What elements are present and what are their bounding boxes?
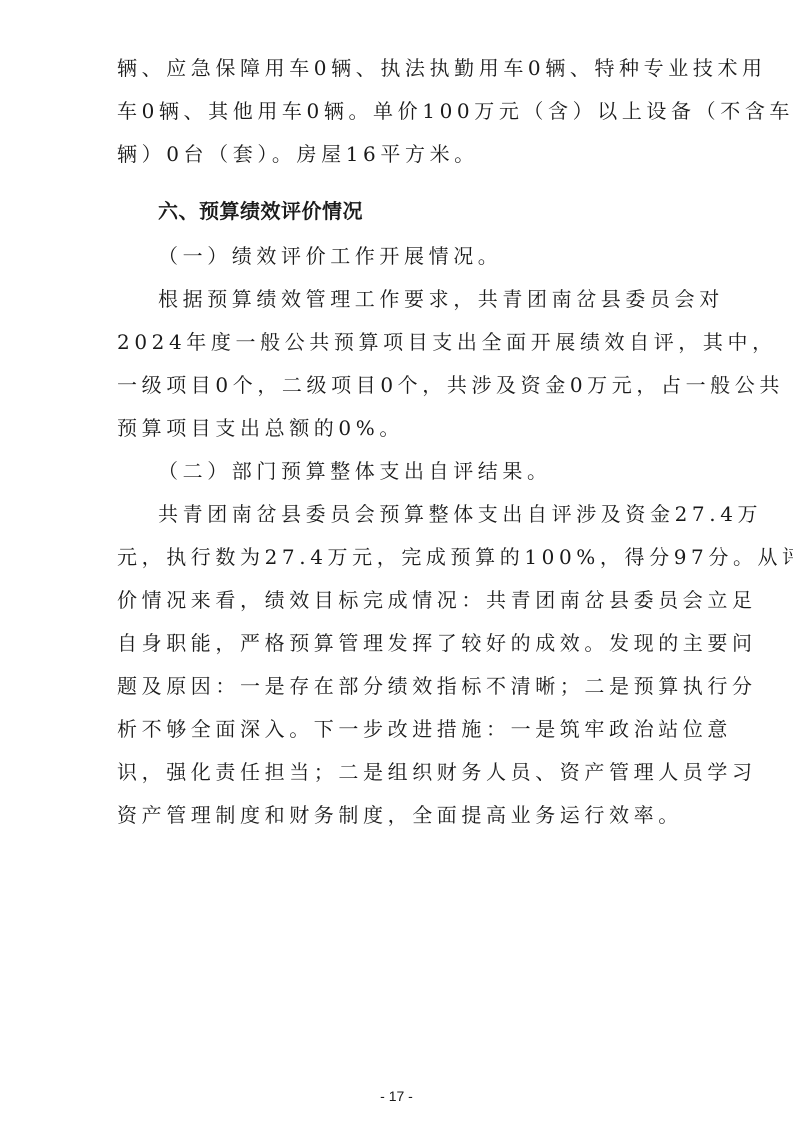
paragraph-line: 识，强化责任担当；二是组织财务人员、资产管理人员学习 [117, 751, 685, 794]
paragraph-line: 元，执行数为27.4万元，完成预算的100%，得分97分。从评 [117, 536, 685, 579]
subsection-performance-evaluation: （一）绩效评价工作开展情况。 根据预算绩效管理工作要求，共青团南岔县委员会对 2… [117, 235, 685, 450]
subsection-self-evaluation-result: （二）部门预算整体支出自评结果。 共青团南岔县委员会预算整体支出自评涉及资金27… [117, 450, 685, 837]
paragraph-line: 自身职能，严格预算管理发挥了较好的成效。发现的主要问 [117, 622, 685, 665]
paragraph-line: 辆、应急保障用车0辆、执法执勤用车0辆、特种专业技术用 [117, 47, 685, 90]
paragraph-line: 资产管理制度和财务制度，全面提高业务运行效率。 [117, 794, 685, 837]
paragraph-line: 题及原因：一是存在部分绩效指标不清晰；二是预算执行分 [117, 665, 685, 708]
paragraph-line: 2024年度一般公共预算项目支出全面开展绩效自评，其中， [117, 321, 685, 364]
continuation-paragraph: 辆、应急保障用车0辆、执法执勤用车0辆、特种专业技术用 车0辆、其他用车0辆。单… [117, 47, 685, 176]
paragraph-line: 预算项目支出总额的0%。 [117, 407, 685, 450]
paragraph-line: 根据预算绩效管理工作要求，共青团南岔县委员会对 [117, 278, 685, 321]
paragraph-line: 价情况来看，绩效目标完成情况：共青团南岔县委员会立足 [117, 579, 685, 622]
paragraph-line: 车0辆、其他用车0辆。单价100万元（含）以上设备（不含车 [117, 90, 685, 133]
document-page: 辆、应急保障用车0辆、执法执勤用车0辆、特种专业技术用 车0辆、其他用车0辆。单… [117, 47, 685, 837]
paragraph-line: 一级项目0个，二级项目0个，共涉及资金0万元，占一般公共 [117, 364, 685, 407]
page-number: - 17 - [0, 1088, 793, 1104]
subsection-title: （一）绩效评价工作开展情况。 [117, 235, 685, 278]
section-heading: 六、预算绩效评价情况 [117, 188, 685, 235]
paragraph-line: 辆）0台（套）。房屋16平方米。 [117, 133, 685, 176]
paragraph-line: 共青团南岔县委员会预算整体支出自评涉及资金27.4万 [117, 493, 685, 536]
subsection-title: （二）部门预算整体支出自评结果。 [117, 450, 685, 493]
paragraph-line: 析不够全面深入。下一步改进措施：一是筑牢政治站位意 [117, 708, 685, 751]
